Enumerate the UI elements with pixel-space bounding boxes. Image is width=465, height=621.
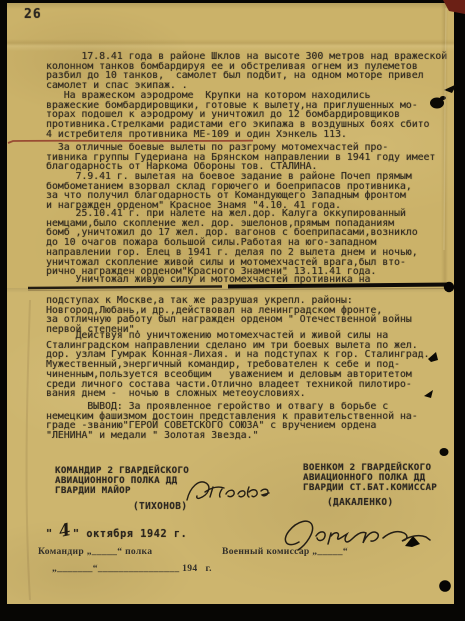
form-commissar-blank: Военный комиссар „_____“	[222, 546, 348, 557]
form-commander-blank: Командир „_____“ полка	[38, 546, 152, 557]
body-paragraph-6-upper: Уничтожал живую силу и мотомехчастей про…	[46, 275, 370, 285]
commissar-name: (ДАКАЛЕНКО)	[327, 498, 394, 508]
body-paragraph-4: 7.9.41 г. вылетая на боевое задание в ра…	[46, 172, 412, 211]
page-number: 26	[24, 8, 42, 22]
body-paragraph-6-lower: подступах к Москве,а так же разрушая укр…	[46, 296, 412, 335]
body-paragraph-7: Действуя по уничтожению мотомехчастей и …	[46, 331, 429, 399]
commander-name: (ТИХОНОВ)	[133, 502, 187, 512]
commissar-title: ВОЕНКОМ 2 ГВАРДЕЙСКОГО АВИАЦИОННОГО ПОЛК…	[303, 463, 437, 494]
conclusion-paragraph: ВЫВОД: За проявленное геройство и отвагу…	[46, 402, 418, 441]
form-date-blank: „_______“________________ 194 г.	[52, 563, 212, 574]
body-paragraph-3: За отличные боевые вылеты по разгрому мо…	[46, 143, 435, 172]
scanned-document: 26 17.8.41 года в районе Шклов на высоте…	[0, 0, 465, 621]
body-paragraph-1: 17.8.41 года в районе Шклов на высоте 30…	[46, 52, 447, 91]
commander-title: КОМАНДИР 2 ГВАРДЕЙСКОГО АВИАЦИОННОГО ПОЛ…	[55, 466, 189, 497]
body-paragraph-5: 25.10.41 г. при налете на жел.дор. Калуг…	[46, 209, 418, 277]
body-paragraph-2: На вражеском аэродроме Крупки на котором…	[46, 91, 429, 140]
